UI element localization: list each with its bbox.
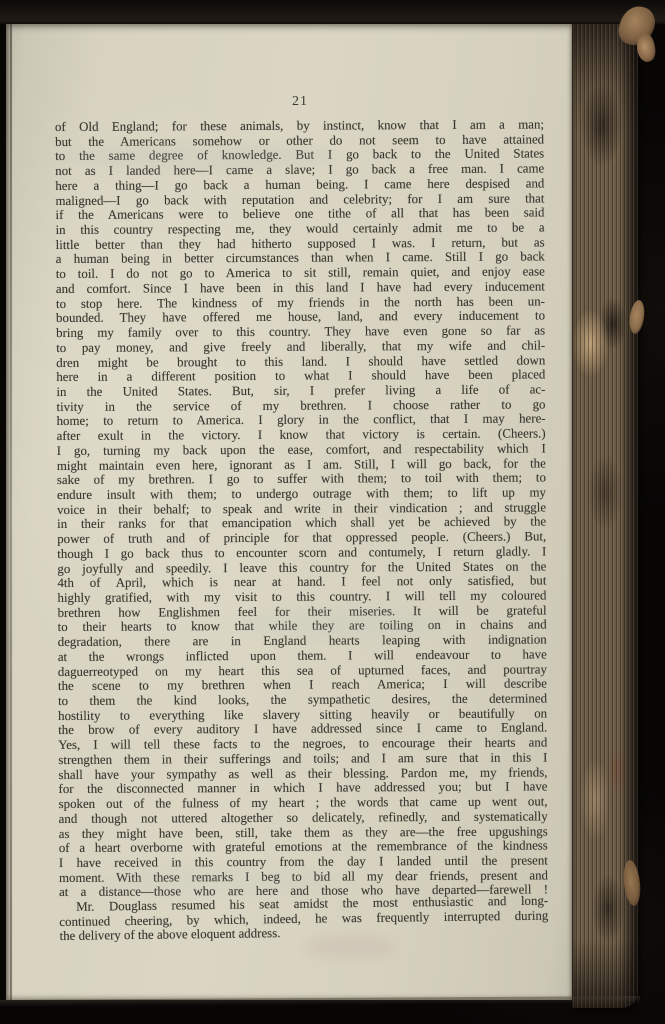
page-gutter-line xyxy=(10,24,12,1000)
photographed-book-scene: 21 of Old England; for these animals, by… xyxy=(0,0,665,1024)
book-fore-edge-marbled xyxy=(572,16,638,1008)
book-page: 21 of Old England; for these animals, by… xyxy=(6,24,572,1000)
page-text-block: of Old England; for these animals, by in… xyxy=(55,117,548,944)
paragraph: Mr. Douglass resumed his seat amidst the… xyxy=(59,894,549,945)
book-binding-top-edge xyxy=(0,0,665,24)
page-number: 21 xyxy=(55,94,545,110)
paragraph: of Old England; for these animals, by in… xyxy=(55,117,548,900)
